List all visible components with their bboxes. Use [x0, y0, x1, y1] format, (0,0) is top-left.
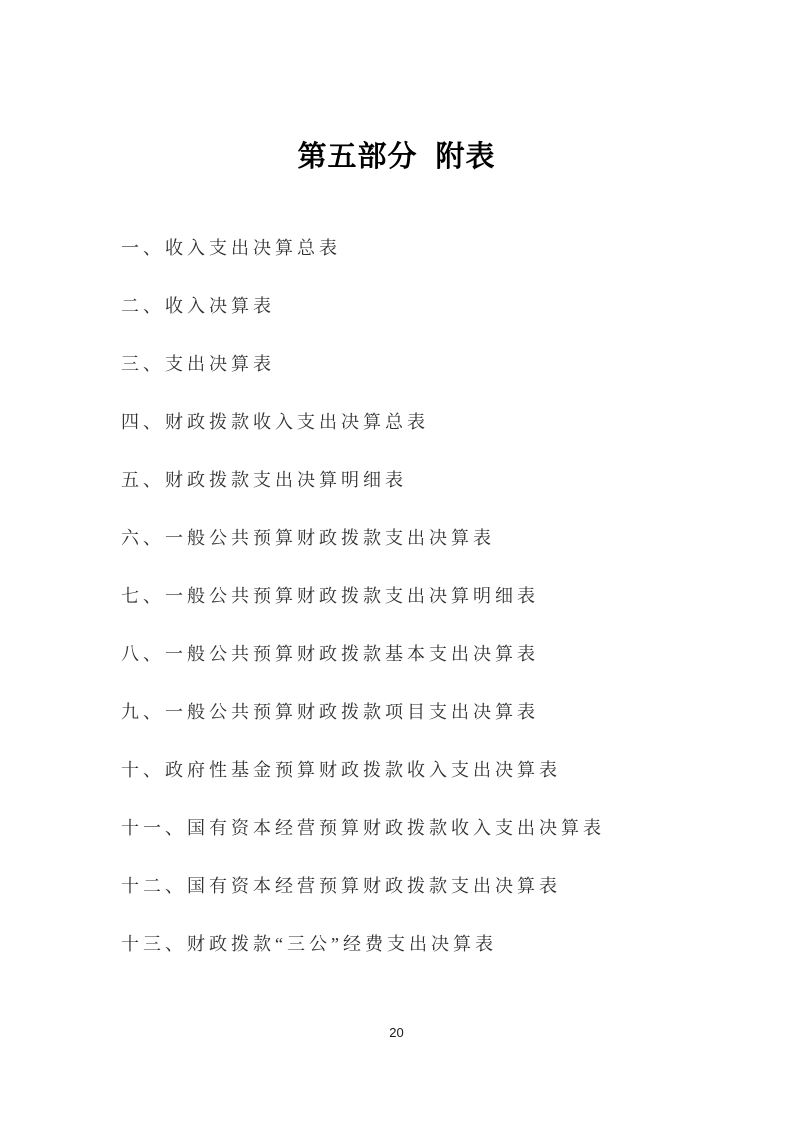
toc-item: 九、一般公共预算财政拨款项目支出决算表	[121, 700, 733, 724]
toc-item: 二、收入决算表	[121, 294, 733, 318]
toc-item: 十二、国有资本经营预算财政拨款支出决算表	[121, 874, 733, 898]
toc-item: 十、政府性基金预算财政拨款收入支出决算表	[121, 758, 733, 782]
toc-item: 八、一般公共预算财政拨款基本支出决算表	[121, 642, 733, 666]
toc-item: 十三、财政拨款“三公”经费支出决算表	[121, 932, 733, 956]
toc-item: 十一、国有资本经营预算财政拨款收入支出决算表	[121, 816, 733, 840]
toc-item: 六、一般公共预算财政拨款支出决算表	[121, 526, 733, 550]
toc-item: 五、财政拨款支出决算明细表	[121, 468, 733, 492]
toc-item: 四、财政拨款收入支出决算总表	[121, 410, 733, 434]
document-title: 第五部分 附表	[0, 140, 793, 174]
toc-item: 七、一般公共预算财政拨款支出决算明细表	[121, 584, 733, 608]
page-number: 20	[0, 1025, 793, 1041]
toc-item: 一、收入支出决算总表	[121, 236, 733, 260]
toc-list: 一、收入支出决算总表 二、收入决算表 三、支出决算表 四、财政拨款收入支出决算总…	[121, 236, 733, 990]
document-page: 第五部分 附表 一、收入支出决算总表 二、收入决算表 三、支出决算表 四、财政拨…	[0, 0, 793, 1122]
toc-item: 三、支出决算表	[121, 352, 733, 376]
